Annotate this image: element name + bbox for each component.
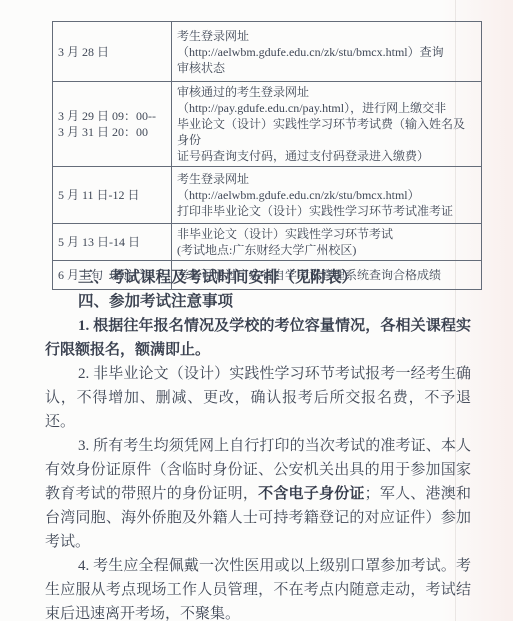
schedule-date-cell: 5 月 13 日-14 日 [53, 224, 172, 261]
table-row: 3 月 29 日 09：00-- 3 月 31 日 20：00 审核通过的考生登… [53, 82, 482, 167]
table-row: 5 月 13 日-14 日 非毕业论文（设计）实践性学习环节考试 (考试地点:广… [53, 224, 482, 261]
note-item-3-bold-text: 不含电子身份证 [258, 486, 365, 502]
table-row: 3 月 28 日 考生登录网址 （http://aelwbm.gdufe.edu… [53, 22, 482, 82]
schedule-detail-cell: 审核通过的考生登录网址 （http://pay.gdufe.edu.cn/pay… [172, 82, 482, 167]
schedule-date-cell: 5 月 11 日-12 日 [53, 167, 172, 224]
note-item-1: 1. 根据往年报名情况及学校的考位容量情况，各相关课程实行限额报名，额满即止。 [45, 314, 471, 362]
schedule-detail-cell: 非毕业论文（设计）实践性学习环节考试 (考试地点:广东财经大学广州校区) [172, 224, 482, 261]
scanned-document-page: 3 月 28 日 考生登录网址 （http://aelwbm.gdufe.edu… [0, 0, 513, 621]
schedule-detail-cell: 考生登录网址 （http://aelwbm.gdufe.edu.cn/zk/st… [172, 167, 482, 224]
note-item-3: 3. 所有考生均须凭网上自行打印的当次考试的准考证、本人有效身份证原件（含临时身… [45, 434, 471, 554]
schedule-date-cell: 3 月 28 日 [53, 22, 172, 82]
schedule-date-cell: 3 月 29 日 09：00-- 3 月 31 日 20：00 [53, 82, 172, 167]
section-heading-exam-notes: 四、参加考试注意事项 [45, 290, 471, 314]
table-row: 5 月 11 日-12 日 考生登录网址 （http://aelwbm.gduf… [53, 167, 482, 224]
schedule-detail-cell: 考生登录网址 （http://aelwbm.gdufe.edu.cn/zk/st… [172, 22, 482, 82]
section-heading-exam-courses: 三、考试课程及考试时间安排（见附表） [45, 266, 471, 290]
notice-text-block: 三、考试课程及考试时间安排（见附表） 四、参加考试注意事项 1. 根据往年报名情… [45, 266, 471, 621]
note-item-4: 4. 考生应全程佩戴一次性医用或以上级别口罩参加考试。考生应服从考点现场工作人员… [45, 554, 471, 621]
note-item-2: 2. 非毕业论文（设计）实践性学习环节考试报考一经考生确认，不得增加、删减、更改… [45, 362, 471, 434]
exam-schedule-table: 3 月 28 日 考生登录网址 （http://aelwbm.gdufe.edu… [52, 21, 482, 290]
